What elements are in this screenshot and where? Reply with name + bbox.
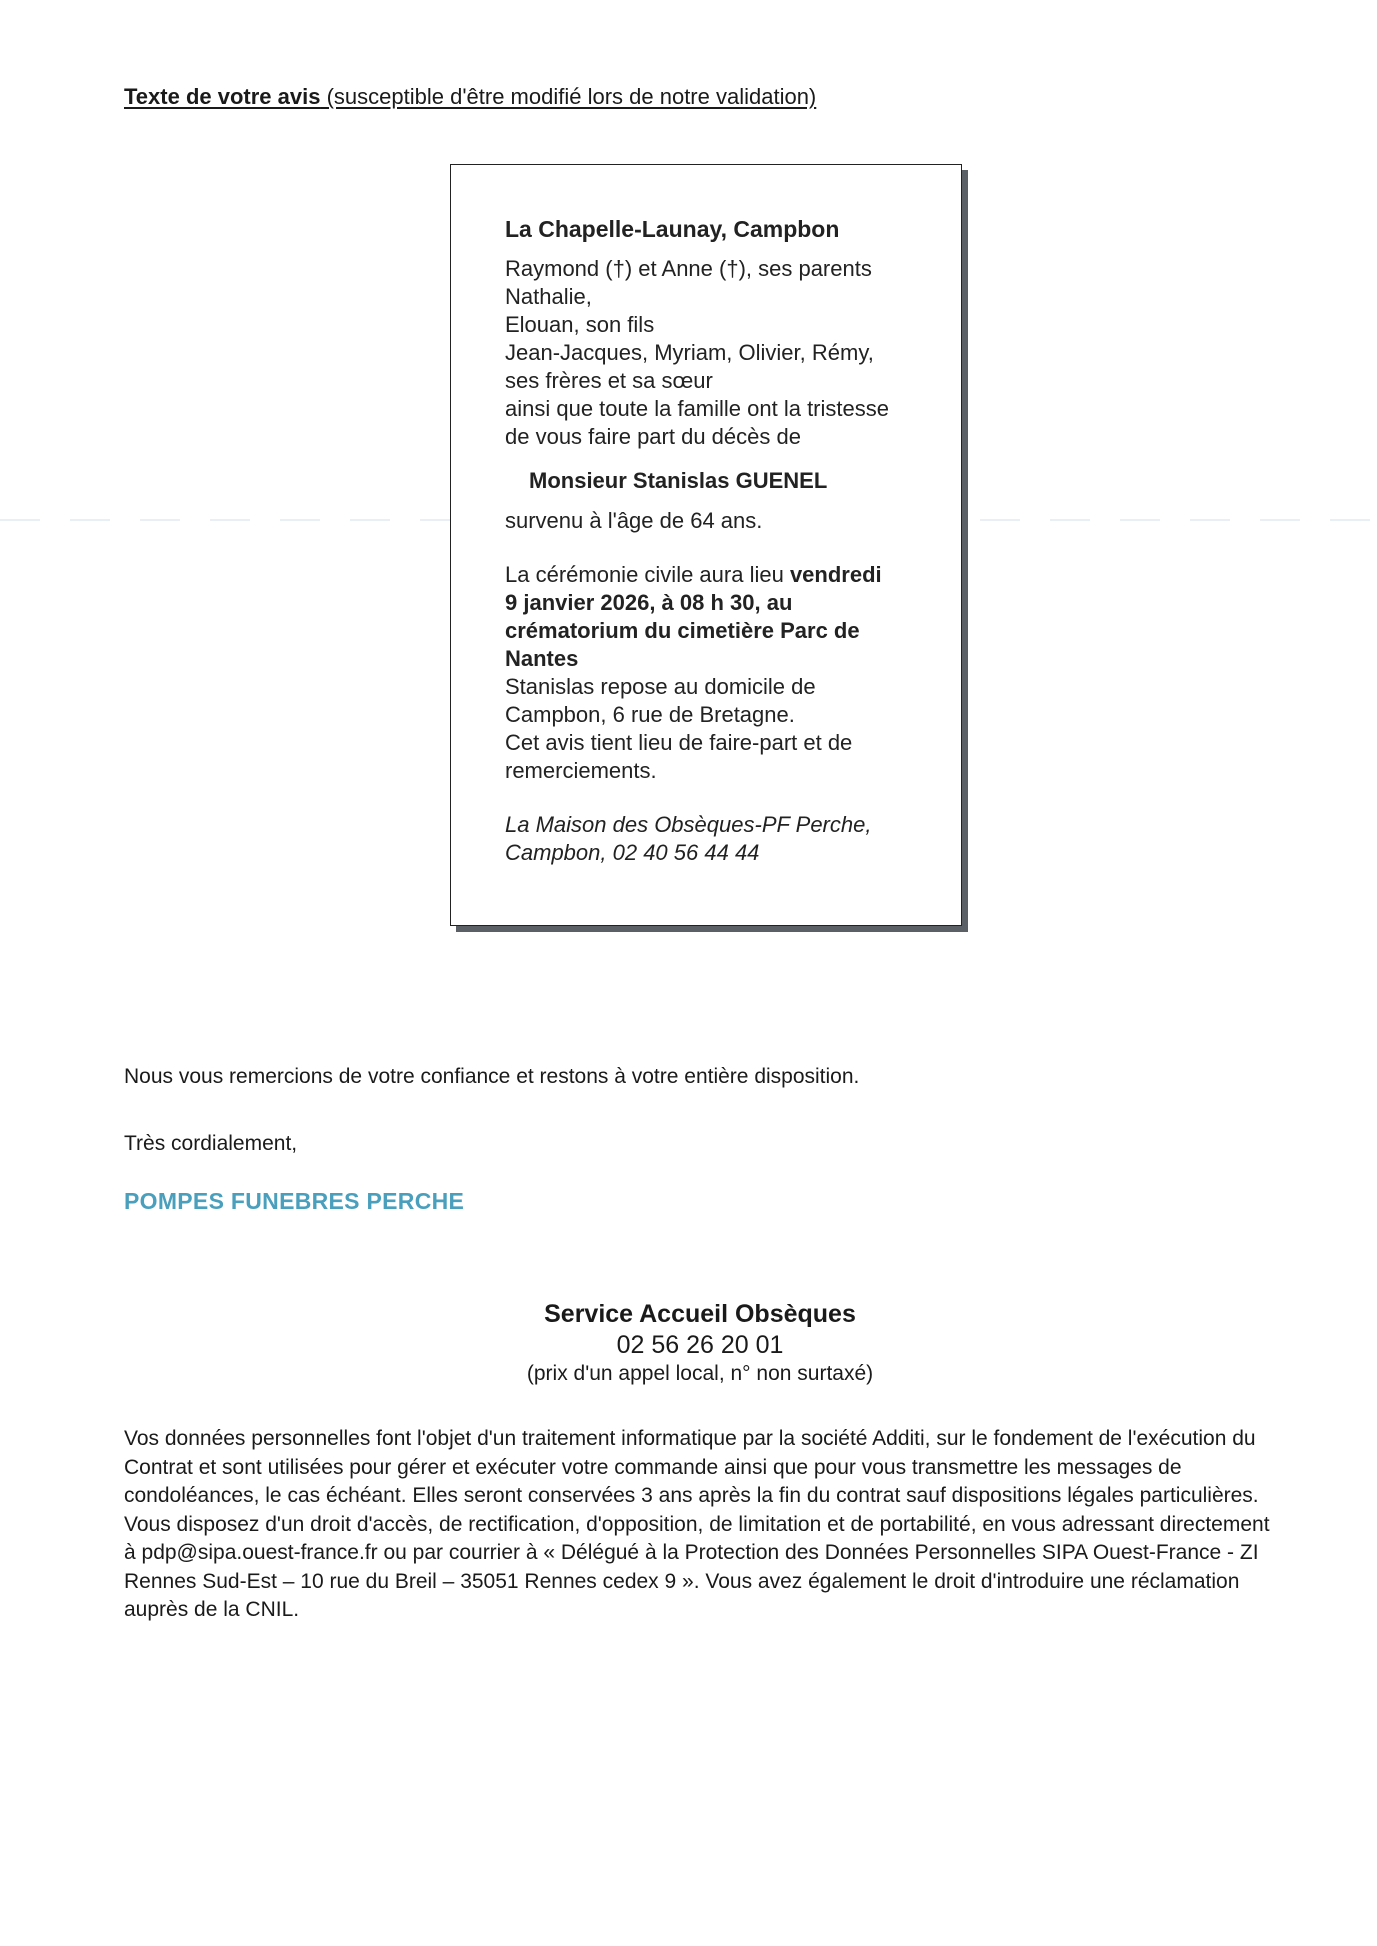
deceased-name: Monsieur Stanislas GUENEL	[529, 467, 925, 495]
family-line: ses frères et sa sœur	[505, 367, 925, 395]
extra-line: Campbon, 6 rue de Bretagne.	[505, 701, 925, 729]
obituary-notice-box: La Chapelle-Launay, Campbon Raymond (†) …	[450, 164, 962, 926]
extra-info: Stanislas repose au domicile de Campbon,…	[505, 673, 925, 785]
ceremony-info: La cérémonie civile aura lieu vendredi 9…	[505, 561, 925, 673]
extra-line: remerciements.	[505, 757, 925, 785]
company-name: POMPES FUNEBRES PERCHE	[124, 1188, 464, 1215]
thanks-text: Nous vous remercions de votre confiance …	[124, 1065, 859, 1089]
notice-place: La Chapelle-Launay, Campbon	[505, 215, 925, 243]
section-heading: Texte de votre avis (susceptible d'être …	[124, 84, 816, 110]
heading-note: (susceptible d'être modifié lors de notr…	[320, 84, 816, 109]
family-line: Elouan, son fils	[505, 311, 925, 339]
family-line: ainsi que toute la famille ont la triste…	[505, 395, 925, 423]
ceremony-date: 9 janvier 2026, à 08 h 30, au	[505, 590, 792, 615]
service-note: (prix d'un appel local, n° non surtaxé)	[0, 1362, 1377, 1386]
family-line: Jean-Jacques, Myriam, Olivier, Rémy,	[505, 339, 925, 367]
notice-content: La Chapelle-Launay, Campbon Raymond (†) …	[505, 215, 925, 867]
privacy-notice: Vos données personnelles font l'objet d'…	[124, 1425, 1284, 1625]
heading-bold: Texte de votre avis	[124, 84, 320, 109]
service-title: Service Accueil Obsèques	[0, 1300, 1377, 1329]
family-line: Raymond (†) et Anne (†), ses parents	[505, 255, 925, 283]
family-line: Nathalie,	[505, 283, 925, 311]
service-phone: 02 56 26 20 01	[0, 1331, 1377, 1360]
age-line: survenu à l'âge de 64 ans.	[505, 507, 925, 535]
signature-line: Campbon, 02 40 56 44 44	[505, 839, 925, 867]
closing-salutation: Très cordialement,	[124, 1132, 297, 1156]
signature-line: La Maison des Obsèques-PF Perche,	[505, 811, 925, 839]
ceremony-intro: La cérémonie civile aura lieu	[505, 562, 790, 587]
notice-signature: La Maison des Obsèques-PF Perche, Campbo…	[505, 811, 925, 867]
ceremony-day: vendredi	[790, 562, 882, 587]
ceremony-place: crématorium du cimetière Parc de	[505, 618, 860, 643]
family-lines: Raymond (†) et Anne (†), ses parents Nat…	[505, 255, 925, 451]
service-block: Service Accueil Obsèques 02 56 26 20 01 …	[0, 1300, 1377, 1386]
extra-line: Cet avis tient lieu de faire-part et de	[505, 729, 925, 757]
family-line: de vous faire part du décès de	[505, 423, 925, 451]
ceremony-city: Nantes	[505, 646, 578, 671]
extra-line: Stanislas repose au domicile de	[505, 673, 925, 701]
